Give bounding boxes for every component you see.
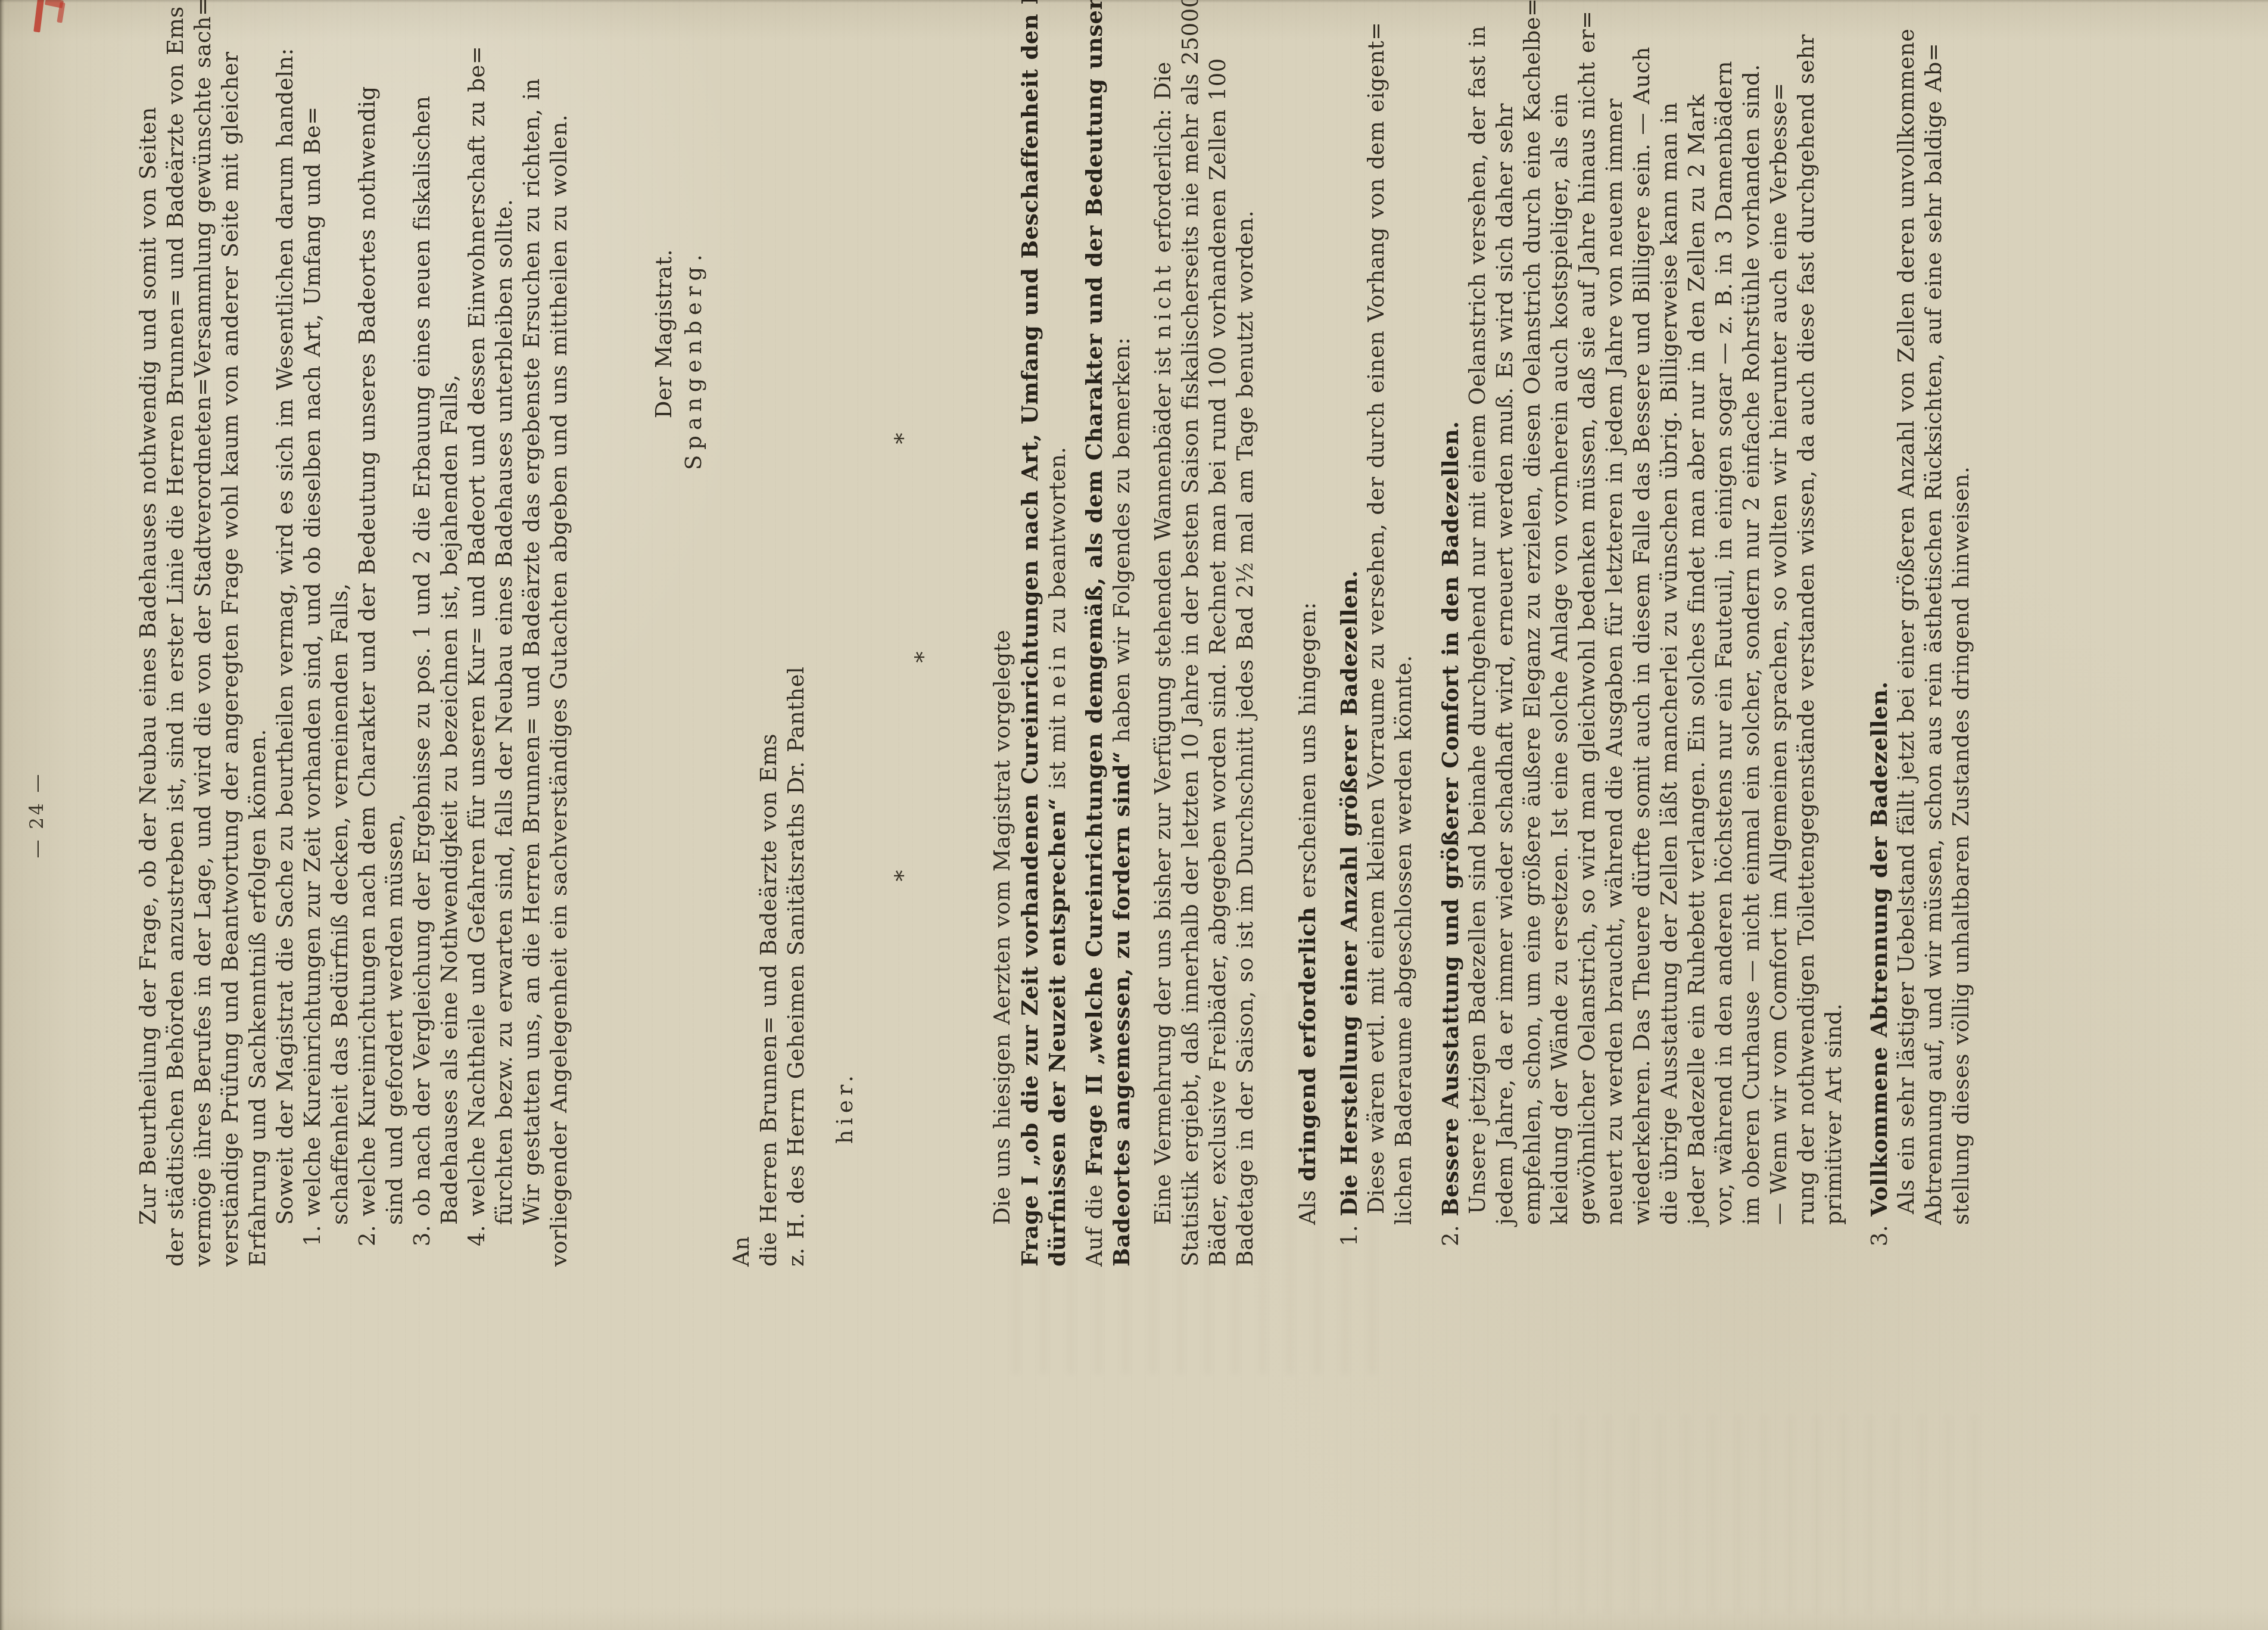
signature-block: Der Magistrat. Spangenberg. (650, 48, 708, 1267)
paper-page: — 24 — Zur Beurtheilung der Frage, ob de… (0, 0, 2268, 1630)
address-line: An (728, 48, 755, 1267)
text-line: Die uns hiesigen Aerzten vom Magistrat v… (989, 48, 1016, 1267)
scan-edge-shadow (0, 0, 2268, 3)
text-line: neuert zu werden braucht, während die Au… (1601, 48, 1628, 1267)
emphasized-text: Vollkommene Abtrennung der Badezellen. (1866, 681, 1892, 1216)
address-line: die Herren Brunnen= und Badeärzte von Em… (755, 48, 783, 1267)
address-line: z. H. des Herrn Geheimen Sanitätsraths D… (783, 48, 810, 1267)
text-line: jeder Badezelle ein Ruhebett verlangen. … (1683, 48, 1711, 1267)
text-segment: erforderlich: Die (1150, 61, 1176, 261)
text-line: 2. Bessere Ausstattung und größerer Comf… (1437, 48, 1464, 1267)
text-line: Zur Beurtheilung der Frage, ob der Neuba… (135, 48, 162, 1267)
text-segment: zu beantworten. (1045, 446, 1070, 642)
text-segment: 1. (1336, 1217, 1362, 1246)
page-number: — 24 — (26, 0, 48, 1630)
text-line: sind und gefordert werden müssen, (381, 48, 409, 1267)
text-line: — Wenn wir vom Comfort im Allgemeinen sp… (1765, 48, 1793, 1267)
text-line: Diese wären evtl. mit einem kleinen Vorr… (1363, 48, 1390, 1267)
asterisk-separator: * * * (891, 48, 915, 1267)
emphasized-text: Frage I „ob die zur Zeit vorhandenen Cur… (1017, 0, 1043, 1267)
address-block: An die Herren Brunnen= und Badeärzte von… (728, 48, 859, 1267)
text-line: 1. Die Herstellung einer Anzahl größerer… (1335, 48, 1363, 1267)
text-line: 4. welche Nachtheile und Gefahren für un… (463, 48, 491, 1267)
text-line: Als ein sehr lästiger Uebelstand fällt j… (1893, 48, 1920, 1267)
text-segment: Eine Vermehrung der uns bisher zur Verfü… (1150, 339, 1176, 1225)
text-line: Frage I „ob die zur Zeit vorhandenen Cur… (1016, 48, 1043, 1267)
text-line: jedem Jahre, da er immer wieder schadhaf… (1491, 48, 1519, 1267)
text-line: dürfnissen der Neuzeit entsprechen“ ist … (1043, 48, 1071, 1267)
text-line: verständige Prüfung und Beantwortung der… (217, 48, 244, 1267)
text-line: Als dringend erforderlich erscheinen uns… (1294, 48, 1321, 1267)
text-segment: ist mit (1045, 707, 1070, 797)
text-line: Auf die Frage II „welche Cureinrichtunge… (1080, 48, 1108, 1267)
text-line: der städtischen Behörden anzustreben ist… (162, 48, 189, 1267)
text-line: rung der nothwendigen Toilettengegenstän… (1793, 48, 1820, 1267)
text-line: fürchten bezw. zu erwarten sind, falls d… (491, 48, 518, 1267)
text-line: stellung dieses völlig unhaltbaren Zusta… (1948, 48, 1975, 1267)
text-line: lichen Baderaume abgeschlossen werden kö… (1390, 48, 1417, 1267)
text-segment: Auf die (1082, 1176, 1107, 1267)
text-line: Badeortes angemessen, zu fordern sind“ h… (1108, 48, 1135, 1267)
emphasized-text: Bessere Ausstattung und größerer Comfort… (1437, 421, 1463, 1216)
asterisk-icon: * (911, 652, 935, 663)
emphasized-text: Badeortes angemessen, zu fordern sind“ (1108, 751, 1135, 1267)
text-line: 3. ob nach der Vergleichung der Ergebnis… (409, 48, 436, 1267)
text-line: Erfahrung und Sachkenntniß erfolgen könn… (244, 48, 272, 1267)
asterisk-icon: * (891, 433, 915, 444)
text-line: Eine Vermehrung der uns bisher zur Verfü… (1149, 48, 1177, 1267)
text-line: im oberen Curhause — nicht einmal ein so… (1738, 48, 1765, 1267)
signature-name: Spangenberg. (680, 48, 708, 1267)
text-line: 1. welche Kureinrichtungen zur Zeit vorh… (299, 48, 326, 1267)
magistrat-letter-body: Zur Beurtheilung der Frage, ob der Neuba… (135, 48, 573, 1267)
address-line: hier. (831, 48, 859, 1267)
text-line: kleidung der Wände zu ersetzen. Ist eine… (1546, 48, 1574, 1267)
signature-office: Der Magistrat. (650, 48, 678, 1267)
text-line: Bäder, exclusive Freibäder, abgegeben wo… (1204, 48, 1232, 1267)
text-segment: nein (1045, 642, 1070, 707)
emphasized-text: Frage II „welche Cureinrichtungen demgem… (1081, 0, 1107, 1176)
text-line: schaffenheit das Bedürfniß decken, verne… (326, 48, 354, 1267)
text-line: primitiver Art sind. (1820, 48, 1848, 1267)
text-segment: nicht (1150, 262, 1176, 339)
text-line: vorliegender Angelegenheit ein sachverst… (546, 48, 573, 1267)
asterisk-icon: * (891, 870, 915, 882)
text-line: vor, während in den anderen höchstens nu… (1711, 48, 1738, 1267)
text-line: die übrige Ausstattung der Zellen läßt m… (1656, 48, 1683, 1267)
emphasized-text: dürfnissen der Neuzeit entsprechen“ (1044, 798, 1070, 1267)
text-segment: erscheinen uns hingegen: (1295, 602, 1320, 906)
text-segment: haben wir Folgendes zu bemerken: (1109, 337, 1135, 751)
text-line: Wir gestatten uns, an die Herren Brunnen… (518, 48, 546, 1267)
text-line: Badehauses als eine Nothwendigkeit zu be… (436, 48, 463, 1267)
text-line: Unsere jetzigen Badezellen sind beinahe … (1464, 48, 1491, 1267)
text-line: 3. Vollkommene Abtrennung der Badezellen… (1865, 48, 1893, 1267)
text-line: vermöge ihres Berufes in der Lage, und w… (189, 48, 217, 1267)
text-segment: 3. (1867, 1217, 1892, 1246)
scan-edge-shadow (0, 0, 5, 1630)
text-line: empfehlen, schon, um eine größere äußere… (1519, 48, 1546, 1267)
text-segment: 2. (1438, 1217, 1463, 1246)
text-line: Soweit der Magistrat die Sache zu beurth… (272, 48, 299, 1267)
doctors-report-body: Die uns hiesigen Aerzten vom Magistrat v… (989, 48, 1975, 1267)
text-segment: Als (1295, 1181, 1320, 1225)
emphasized-text: dringend erforderlich (1294, 907, 1320, 1181)
text-line: 2. welche Kureinrichtungen nach dem Char… (354, 48, 381, 1267)
text-line: Statistik ergiebt, daß innerhalb der let… (1177, 48, 1204, 1267)
text-line: Abtrennung auf, und wir müssen, schon au… (1920, 48, 1948, 1267)
scanned-document-page: — 24 — Zur Beurtheilung der Frage, ob de… (0, 0, 2268, 1630)
ink-bleedthrough (1537, 1416, 1977, 1612)
text-line: Badetage in der Saison, so ist im Durchs… (1232, 48, 1259, 1267)
text-line: wiederkehren. Das Theuere dürfte somit a… (1628, 48, 1656, 1267)
emphasized-text: Die Herstellung einer Anzahl größerer Ba… (1336, 570, 1362, 1217)
text-line: gewöhnlicher Oelanstrich, so wird man gl… (1574, 48, 1601, 1267)
